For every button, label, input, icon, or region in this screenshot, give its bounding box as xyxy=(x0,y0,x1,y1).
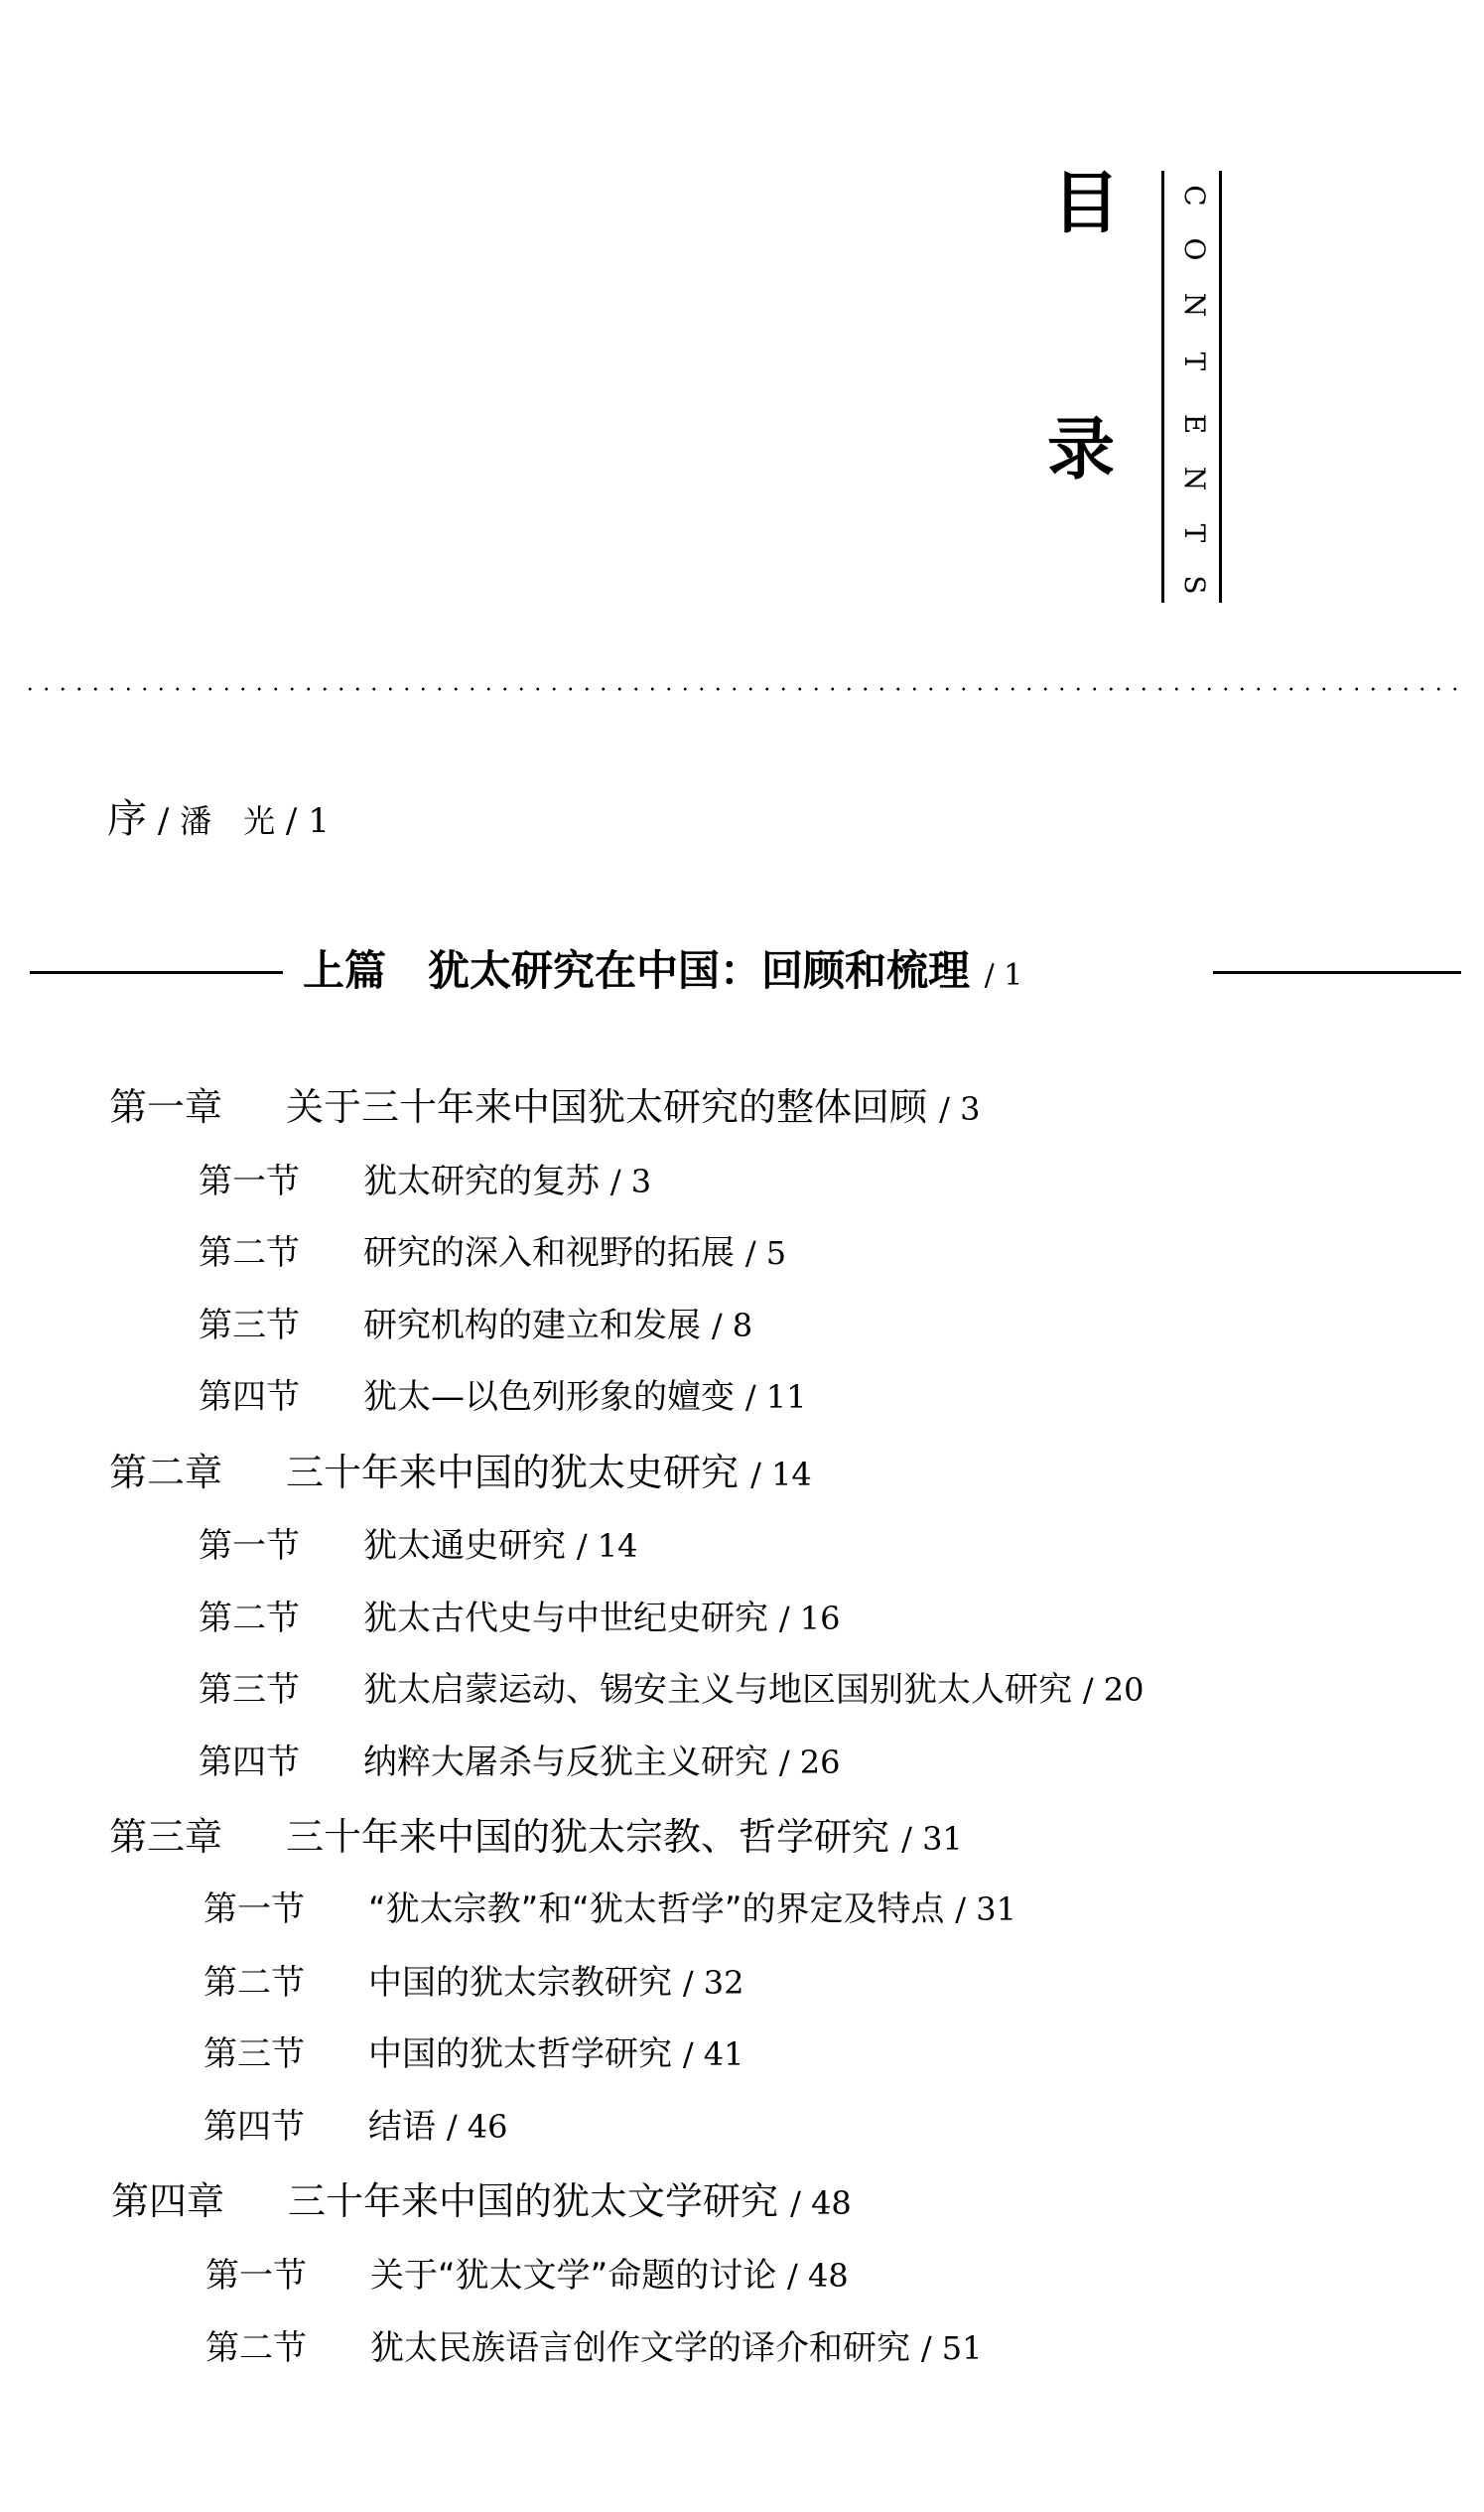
section-entry[interactable]: 第二节犹太民族语言创作文学的译介和研究 / 51 xyxy=(205,2323,982,2373)
section-entry[interactable]: 第二节研究的深入和视野的拓展 / 5 xyxy=(199,1228,786,1278)
section-number: 第三节 xyxy=(203,2029,368,2079)
section-page: / 31 xyxy=(955,1890,1016,1928)
contents-letter: S xyxy=(1177,568,1211,602)
section-number: 第二节 xyxy=(203,1958,368,2008)
chapter-page: / 3 xyxy=(939,1090,980,1128)
section-number: 第三节 xyxy=(199,1665,363,1715)
separator: / xyxy=(158,801,169,841)
preface-author: 潘 光 xyxy=(180,802,275,840)
section-number: 第二节 xyxy=(199,1228,363,1278)
preface-entry[interactable]: 序 / 潘 光 / 1 xyxy=(107,794,330,846)
contents-letter: T xyxy=(1177,516,1211,550)
contents-vertical-label: C O N T E N T S xyxy=(1169,171,1219,603)
section-number: 第一节 xyxy=(199,1521,363,1571)
part-rule-left xyxy=(30,971,283,974)
section-entry[interactable]: 第二节中国的犹太宗教研究 / 32 xyxy=(203,1958,743,2008)
section-title: 中国的犹太宗教研究 xyxy=(368,1963,672,2003)
section-page: / 48 xyxy=(787,2257,849,2295)
chapter-number: 第三章 xyxy=(109,1812,286,1862)
part-rule-right xyxy=(1213,971,1461,974)
section-entry[interactable]: 第一节关于“犹太文学”命题的讨论 / 48 xyxy=(205,2251,849,2301)
section-title: 犹太启蒙运动、锡安主义与地区国别犹太人研究 xyxy=(363,1670,1072,1710)
contents-letter: N xyxy=(1177,288,1211,322)
section-entry[interactable]: 第四节结语 / 46 xyxy=(203,2102,507,2152)
contents-letter: E xyxy=(1177,407,1211,441)
section-page: / 5 xyxy=(745,1234,786,1272)
section-title: 研究机构的建立和发展 xyxy=(363,1306,701,1345)
section-entry[interactable]: 第三节研究机构的建立和发展 / 8 xyxy=(199,1301,752,1350)
section-page: / 26 xyxy=(779,1744,841,1781)
section-page: / 16 xyxy=(779,1600,841,1637)
contents-letter: T xyxy=(1177,345,1211,378)
section-page: / 51 xyxy=(921,2329,983,2367)
section-title: 纳粹大屠杀与反犹主义研究 xyxy=(363,1743,768,1782)
section-number: 第四节 xyxy=(203,2102,368,2152)
section-title: 中国的犹太哲学研究 xyxy=(368,2034,672,2074)
chapter-title: 三十年来中国的犹太文学研究 xyxy=(288,2179,778,2223)
section-page: / 3 xyxy=(610,1163,651,1200)
preface-page: 1 xyxy=(308,801,330,841)
chapter-entry[interactable]: 第三章三十年来中国的犹太宗教、哲学研究 / 31 xyxy=(109,1812,963,1864)
section-number: 第二节 xyxy=(199,1594,363,1643)
section-page: / 8 xyxy=(712,1307,752,1344)
part-heading[interactable]: 上篇 犹太研究在中国：回顾和梳理 / 1 xyxy=(0,941,1484,1001)
title-char-lu: 录 xyxy=(1047,417,1115,485)
chapter-title: 关于三十年来中国犹太研究的整体回顾 xyxy=(286,1085,927,1129)
chapter-number: 第二章 xyxy=(109,1448,286,1497)
chapter-entry[interactable]: 第二章三十年来中国的犹太史研究 / 14 xyxy=(109,1448,812,1499)
contents-letter: C xyxy=(1177,179,1211,212)
contents-letter: O xyxy=(1177,232,1211,266)
chapter-page: / 14 xyxy=(750,1456,812,1493)
section-title: 犹太古代史与中世纪史研究 xyxy=(363,1599,768,1638)
dotted-divider xyxy=(22,687,1462,691)
chapter-title: 三十年来中国的犹太史研究 xyxy=(286,1451,739,1494)
part-title: 上篇 犹太研究在中国：回顾和梳理 / 1 xyxy=(303,941,1022,1006)
section-page: / 20 xyxy=(1083,1671,1145,1709)
section-entry[interactable]: 第四节纳粹大屠杀与反犹主义研究 / 26 xyxy=(199,1738,840,1787)
title-char-mu: 目 xyxy=(1052,171,1120,238)
section-number: 第四节 xyxy=(199,1372,363,1422)
section-title: 关于“犹太文学”命题的讨论 xyxy=(370,2256,776,2296)
section-entry[interactable]: 第三节中国的犹太哲学研究 / 41 xyxy=(203,2029,743,2079)
section-entry[interactable]: 第一节犹太通史研究 / 14 xyxy=(199,1521,637,1571)
section-number: 第四节 xyxy=(199,1738,363,1787)
section-number: 第一节 xyxy=(203,1884,368,1934)
separator: / xyxy=(286,801,297,841)
section-entry[interactable]: 第三节犹太启蒙运动、锡安主义与地区国别犹太人研究 / 20 xyxy=(199,1665,1144,1715)
section-page: / 11 xyxy=(745,1378,807,1416)
section-number: 第二节 xyxy=(205,2323,370,2373)
section-title: 结语 xyxy=(368,2107,436,2147)
contents-rule-right xyxy=(1219,171,1222,603)
section-page: / 32 xyxy=(683,1964,744,2002)
chapter-number: 第一章 xyxy=(109,1082,286,1132)
section-title: 犹太民族语言创作文学的译介和研究 xyxy=(370,2328,910,2368)
section-number: 第一节 xyxy=(205,2251,370,2301)
section-title: 犹太通史研究 xyxy=(363,1526,566,1566)
section-page: / 46 xyxy=(447,2108,508,2146)
chapter-entry[interactable]: 第一章关于三十年来中国犹太研究的整体回顾 / 3 xyxy=(109,1082,980,1134)
chapter-title: 三十年来中国的犹太宗教、哲学研究 xyxy=(286,1815,889,1859)
section-title: “犹太宗教”和“犹太哲学”的界定及特点 xyxy=(368,1889,944,1929)
section-page: / 41 xyxy=(683,2035,744,2073)
section-entry[interactable]: 第二节犹太古代史与中世纪史研究 / 16 xyxy=(199,1594,840,1643)
contents-letter: N xyxy=(1177,462,1211,495)
part-label: 上篇 犹太研究在中国：回顾和梳理 xyxy=(303,946,970,995)
section-number: 第一节 xyxy=(199,1157,363,1206)
section-number: 第三节 xyxy=(199,1301,363,1350)
chapter-entry[interactable]: 第四章三十年来中国的犹太文学研究 / 48 xyxy=(111,2176,852,2228)
section-page: / 14 xyxy=(577,1527,638,1565)
section-entry[interactable]: 第一节犹太研究的复苏 / 3 xyxy=(199,1157,651,1206)
preface-label: 序 xyxy=(107,796,147,842)
section-title: 犹太研究的复苏 xyxy=(363,1162,600,1201)
section-title: 研究的深入和视野的拓展 xyxy=(363,1233,735,1273)
chapter-number: 第四章 xyxy=(111,2176,288,2226)
contents-rule-left xyxy=(1161,171,1164,603)
section-entry[interactable]: 第一节“犹太宗教”和“犹太哲学”的界定及特点 / 31 xyxy=(203,1884,1016,1934)
section-entry[interactable]: 第四节犹太—以色列形象的嬗变 / 11 xyxy=(199,1372,806,1422)
chapter-page: / 31 xyxy=(901,1820,963,1858)
chapter-page: / 48 xyxy=(790,2184,852,2222)
part-page: / 1 xyxy=(985,958,1023,993)
section-title: 犹太—以色列形象的嬗变 xyxy=(363,1377,735,1417)
